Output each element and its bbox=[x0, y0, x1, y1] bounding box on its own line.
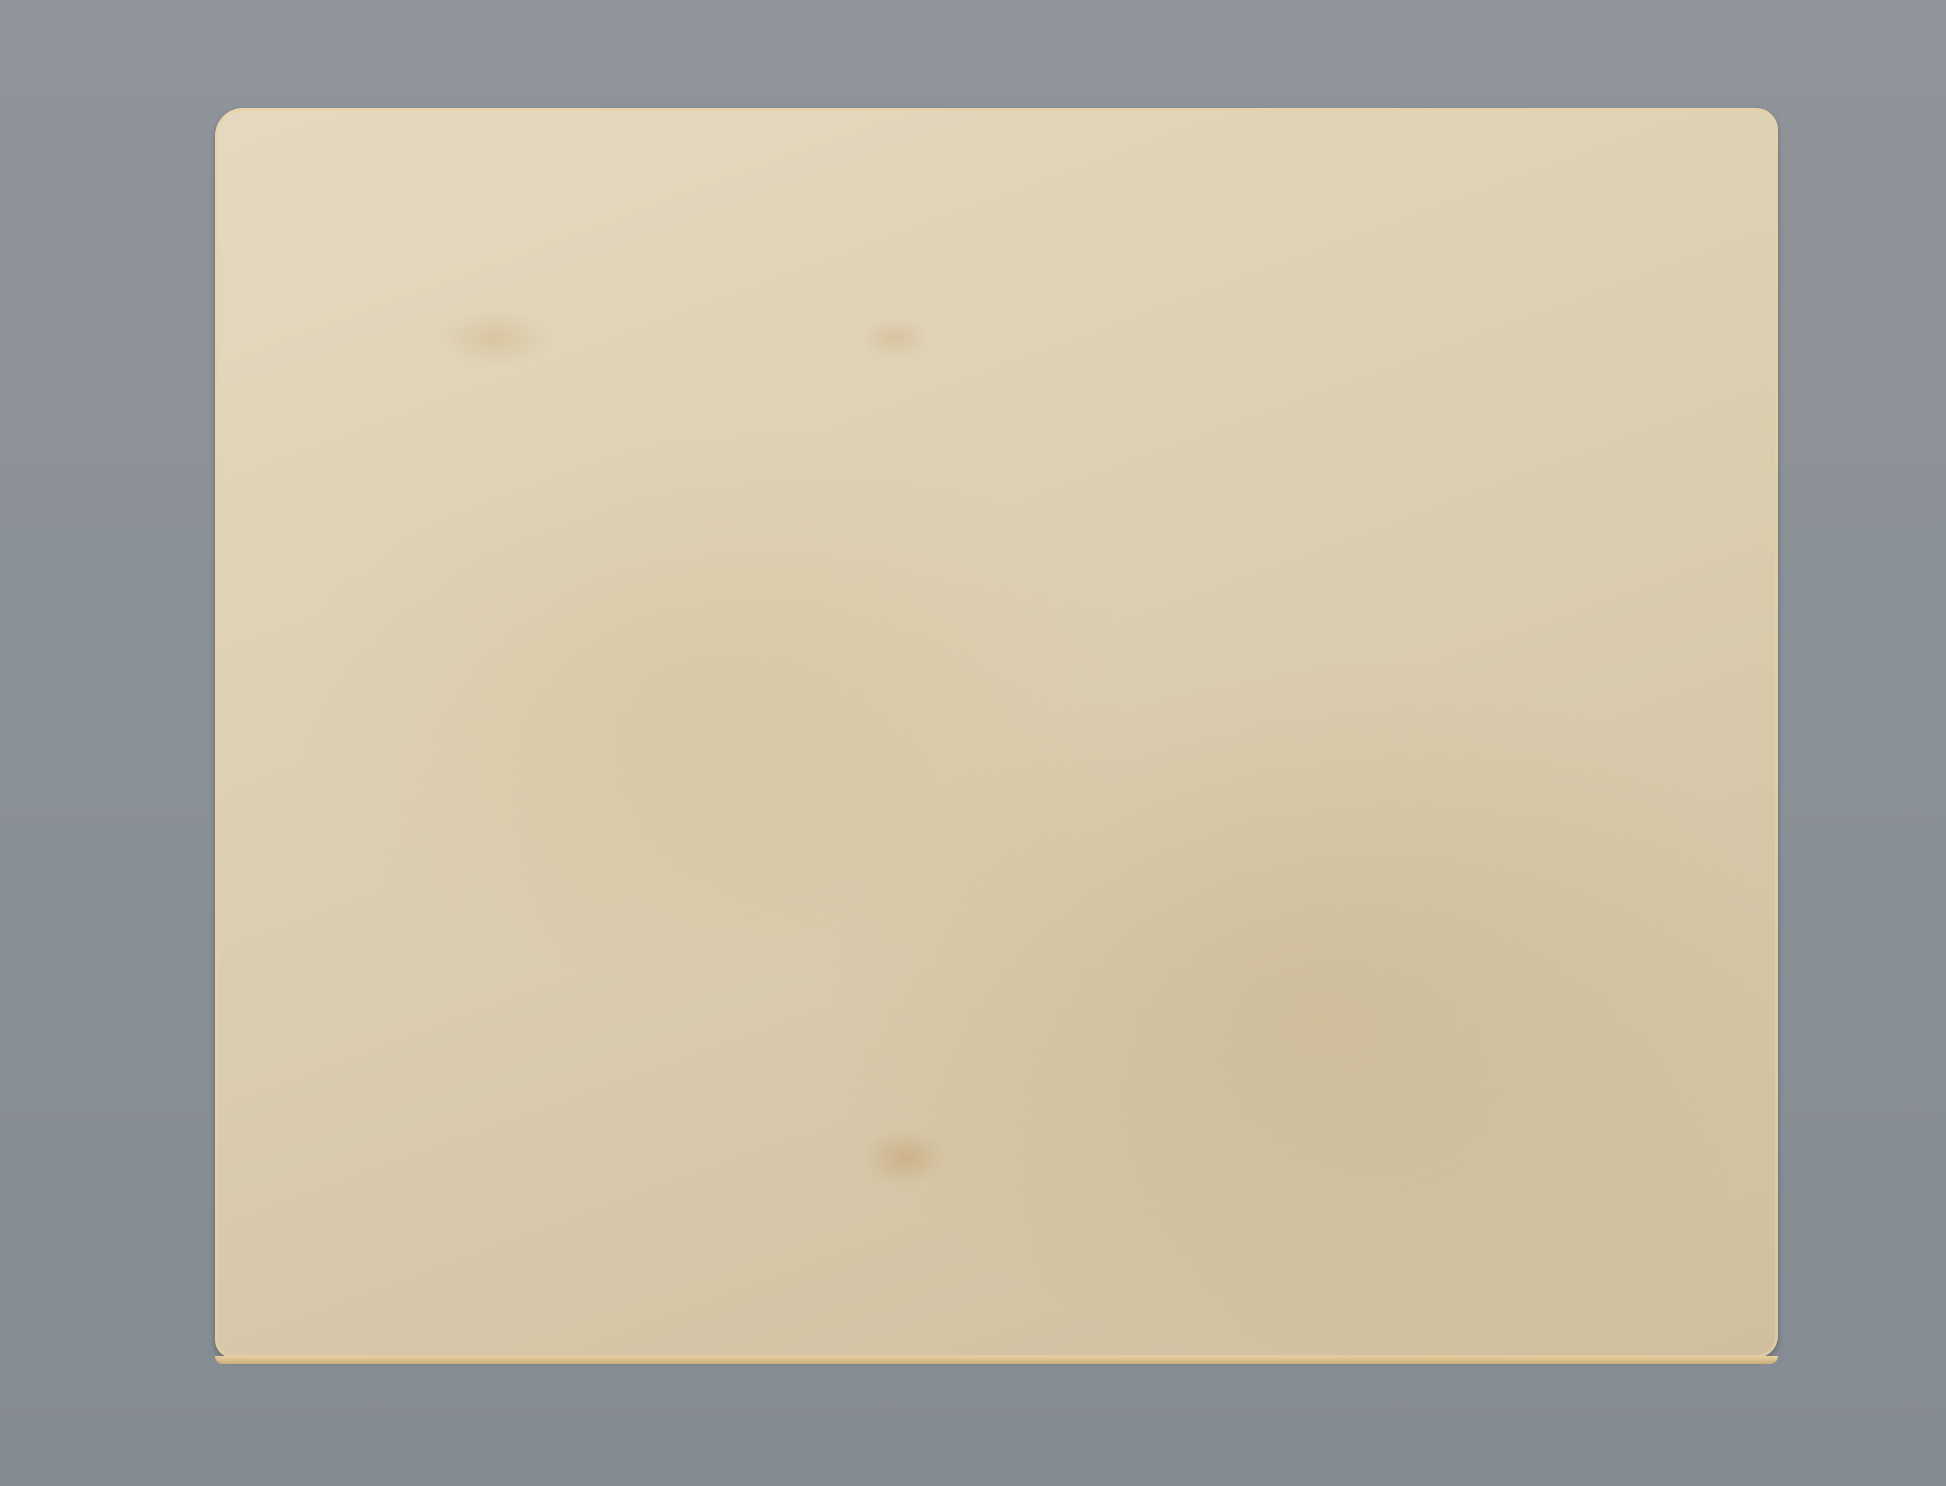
gray-surface-background bbox=[0, 0, 1946, 1486]
card-bottom-edge bbox=[215, 1356, 1778, 1364]
aged-blank-card bbox=[215, 108, 1778, 1358]
